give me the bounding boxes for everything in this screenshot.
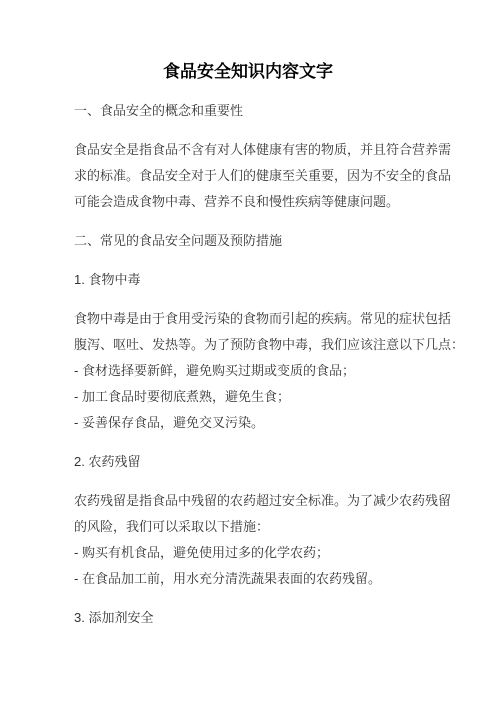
subsection-pesticide-residue-heading: 2. 农药残留 [74,449,422,475]
subsection-food-poisoning-paragraph: 食物中毒是由于食用受污染的食物而引起的疾病。常见的症状包括 腹泻、呕吐、发热等。… [74,306,422,436]
section-1-heading: 一、食品安全的概念和重要性 [74,98,422,124]
subsection-food-poisoning-heading: 1. 食物中毒 [74,267,422,293]
section-2-heading: 二、常见的食品安全问题及预防措施 [74,228,422,254]
section-1-paragraph: 食品安全是指食品不含有对人体健康有害的物质，并且符合营养需 求的标准。食品安全对… [74,137,422,215]
subsection-pesticide-residue-paragraph: 农药残留是指食品中残留的农药超过安全标准。为了减少农药残留 的风险，我们可以采取… [74,488,422,592]
document-page: 食品安全知识内容文字 一、食品安全的概念和重要性 食品安全是指食品不含有对人体健… [0,0,496,631]
subsection-additive-safety-heading: 3. 添加剂安全 [74,605,422,631]
page-title: 食品安全知识内容文字 [74,59,422,85]
